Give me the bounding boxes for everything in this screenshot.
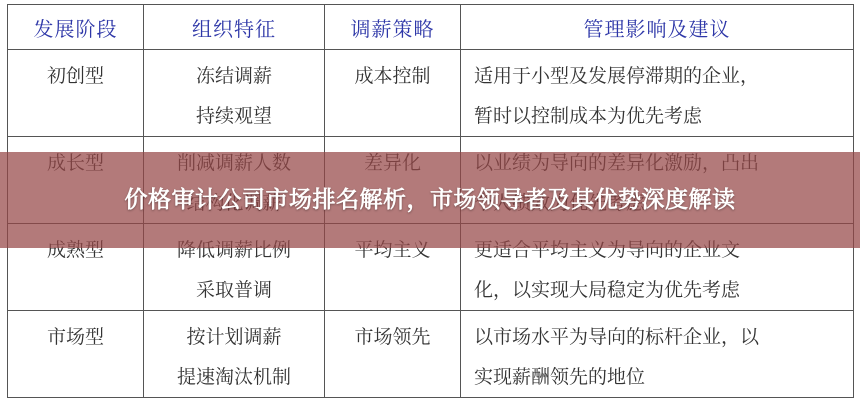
cell-advice: 以市场水平为导向的标杆企业，以 实现薪酬领先的地位 [461,311,854,398]
cell-stage: 初创型 [8,50,144,137]
header-advice: 管理影响及建议 [461,5,854,50]
header-stage: 发展阶段 [8,5,144,50]
table-header-row: 发展阶段 组织特征 调薪策略 管理影响及建议 [8,5,854,50]
cell-stage: 市场型 [8,311,144,398]
table-row: 初创型 冻结调薪 持续观望 成本控制 适用于小型及发展停滞期的企业， 暂时以控制… [8,50,854,137]
table-row: 市场型 按计划调薪 提速淘汰机制 市场领先 以市场水平为导向的标杆企业，以 实现… [8,311,854,398]
header-strategy: 调薪策略 [325,5,461,50]
cell-features: 冻结调薪 持续观望 [144,50,325,137]
cell-strategy: 成本控制 [325,50,461,137]
cell-strategy: 市场领先 [325,311,461,398]
cell-features: 按计划调薪 提速淘汰机制 [144,311,325,398]
title-overlay-banner: 价格审计公司市场排名解析，市场领导者及其优势深度解读 [0,152,860,248]
header-features: 组织特征 [144,5,325,50]
article-title: 价格审计公司市场排名解析，市场领导者及其优势深度解读 [50,184,810,217]
cell-advice: 适用于小型及发展停滞期的企业， 暂时以控制成本为优先考虑 [461,50,854,137]
